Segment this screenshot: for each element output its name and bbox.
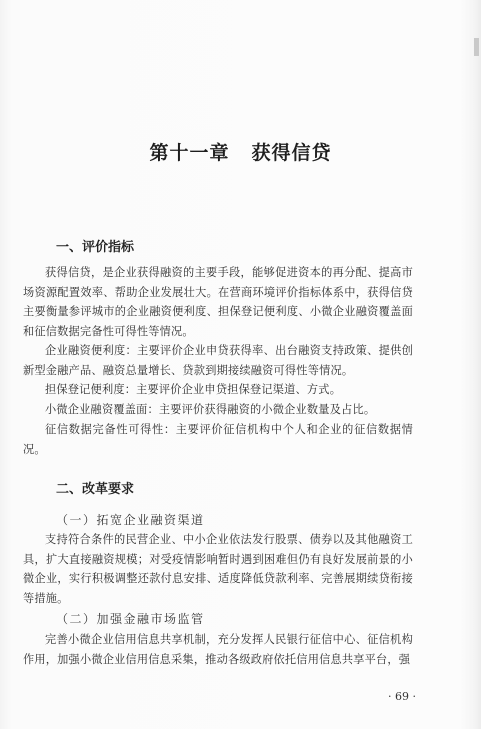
- section-heading-reform: 二、改革要求: [56, 478, 134, 497]
- document-page: 第十一章获得信贷 一、评价指标 获得信贷，是企业获得融资的主要手段，能够促进资本…: [0, 0, 481, 729]
- subsection-heading-financing-channels: （一）拓宽企业融资渠道: [56, 511, 205, 528]
- page-number: · 69 ·: [388, 690, 416, 703]
- paragraph-financing-convenience: 企业融资便利度：主要评价企业申贷获得率、出台融资支持政策、提供创新型金融产品、融…: [23, 341, 413, 380]
- paragraph-micro-enterprise-coverage: 小微企业融资覆盖面：主要评价获得融资的小微企业数量及占比。: [23, 400, 413, 420]
- paragraph-intro: 获得信贷，是企业获得融资的主要手段，能够促进资本的再分配、提高市场资源配置效率、…: [23, 263, 413, 341]
- chapter-number: 第十一章: [149, 142, 229, 164]
- chapter-name: 获得信贷: [252, 142, 332, 164]
- paragraph-financing-channels: 支持符合条件的民营企业、中小企业依法发行股票、债券以及其他融资工具，扩大直接融资…: [23, 530, 413, 608]
- paragraph-market-supervision: 完善小微企业信用信息共享机制，充分发挥人民银行征信中心、征信机构作用，加强小微企…: [23, 630, 413, 669]
- subsection-heading-market-supervision: （二）加强金融市场监管: [56, 610, 205, 627]
- section-heading-evaluation: 一、评价指标: [56, 236, 134, 255]
- page-edge-mark: [474, 38, 479, 56]
- paragraph-guarantee-registration: 担保登记便利度：主要评价企业申贷担保登记渠道、方式。: [23, 380, 413, 400]
- chapter-title: 第十一章获得信贷: [0, 138, 481, 165]
- paragraph-credit-data: 征信数据完备性可得性：主要评价征信机构中个人和企业的征信数据情况。: [23, 420, 413, 459]
